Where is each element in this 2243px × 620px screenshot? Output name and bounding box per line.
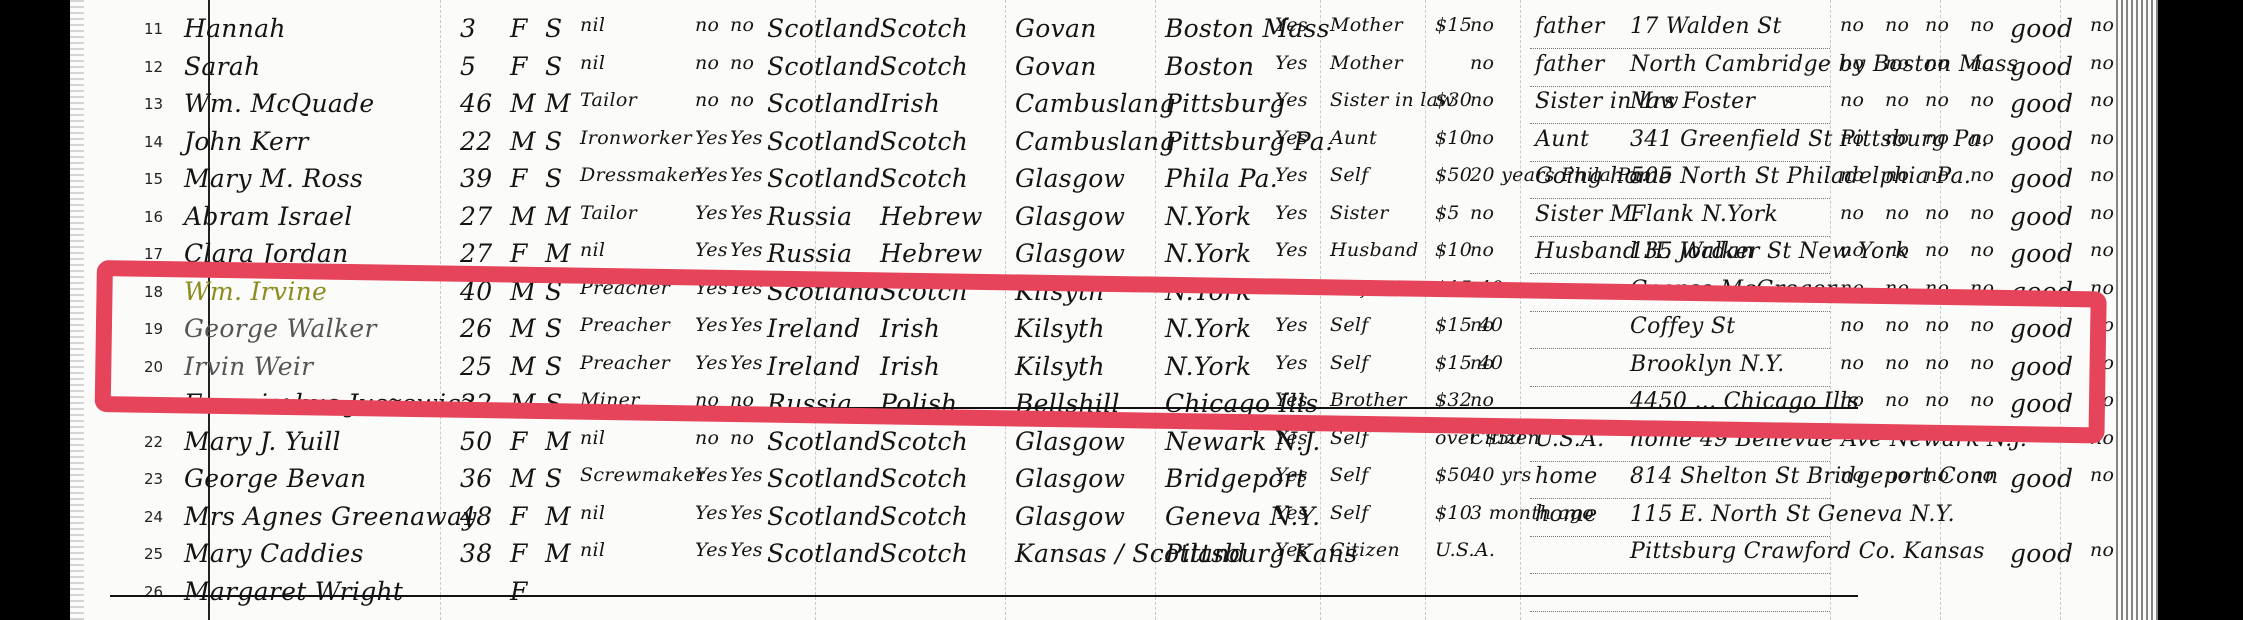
passenger-name: George Walker (184, 314, 377, 343)
line-number: 21 (144, 395, 163, 413)
destination: N.York (1165, 202, 1252, 231)
paid-by: Husband (1330, 239, 1419, 261)
last-residence: Kilsyth (1015, 277, 1105, 306)
race: Scotch (880, 464, 968, 493)
deported: no (1970, 352, 1994, 374)
last-residence: Glasgow (1015, 239, 1125, 268)
address: 4450 ... Chicago Ills (1630, 389, 1859, 414)
sex: M (510, 389, 536, 418)
line-number: 26 (144, 583, 163, 601)
age: 39 (460, 164, 492, 193)
paid-by: Self (1330, 464, 1369, 486)
can-write: Yes (730, 464, 763, 486)
race: Scotch (880, 127, 968, 156)
can-read: Yes (695, 202, 728, 224)
passenger-name: John Kerr (184, 127, 309, 156)
manifest-row: 15 Mary M. Ross 39 F S Dressmaker Yes Ye… (70, 160, 2158, 200)
age: 5 (460, 52, 476, 81)
relative: U.S.A. (1535, 427, 1604, 452)
can-write: Yes (730, 352, 763, 374)
race: Irish (880, 314, 940, 343)
sex: M (510, 127, 536, 156)
anarchist: no (1885, 89, 1909, 111)
anarchist: no (1885, 314, 1909, 336)
marital-status: M (545, 202, 571, 231)
ticket: Yes (1275, 164, 1308, 186)
occupation: nil (580, 539, 605, 561)
paid-by: Self (1330, 502, 1369, 524)
health: good (2010, 164, 2073, 193)
occupation: Dressmaker (580, 164, 699, 186)
ticket: Yes (1275, 239, 1308, 261)
in-us-before: no (1470, 89, 1494, 111)
occupation: nil (580, 52, 605, 74)
money: $10 (1435, 502, 1472, 524)
sex: F (510, 164, 528, 193)
passenger-name: Mrs Agnes Greenaway (184, 502, 477, 531)
passenger-name: Sarah (184, 52, 261, 81)
can-write: Yes (730, 164, 763, 186)
nationality: Scotland (767, 539, 881, 568)
deformed: no (2090, 464, 2114, 486)
line-number: 19 (144, 320, 163, 338)
manifest-row: 20 Irvin Weir 25 M S Preacher Yes Yes Ir… (70, 348, 2158, 388)
polygamist: no (1840, 239, 1864, 261)
line-number: 17 (144, 245, 163, 263)
contract-labor: no (1925, 464, 1949, 486)
occupation: Ironworker (580, 127, 692, 149)
manifest-row: 19 George Walker 26 M S Preacher Yes Yes… (70, 310, 2158, 350)
deformed: no (2090, 52, 2114, 74)
can-write: no (730, 89, 754, 111)
sex: F (510, 502, 528, 531)
destination: N.York (1165, 352, 1252, 381)
line-number: 25 (144, 545, 163, 563)
anarchist: no (1885, 352, 1909, 374)
age: 22 (460, 389, 492, 418)
contract-labor: no (1925, 14, 1949, 36)
health: good (2010, 389, 2073, 418)
manifest-page: 11 Hannah 3 F S nil no no Scotland Scotc… (70, 0, 2158, 620)
in-us-before: no (1470, 202, 1494, 224)
manifest-row: 25 Mary Caddies 38 F M nil Yes Yes Scotl… (70, 535, 2158, 575)
race: Hebrew (880, 239, 983, 268)
deported: no (1970, 464, 1994, 486)
paid-by: Aunt (1330, 127, 1377, 149)
health: good (2010, 14, 2073, 43)
last-residence: Kilsyth (1015, 352, 1105, 381)
last-residence: Kilsyth (1015, 314, 1105, 343)
marital-status: S (545, 164, 562, 193)
deported: no (1970, 127, 1994, 149)
race: Scotch (880, 427, 968, 456)
health: good (2010, 89, 2073, 118)
deformed: no (2090, 427, 2114, 449)
line-number: 16 (144, 208, 163, 226)
line-number: 15 (144, 170, 163, 188)
nationality: Scotland (767, 464, 881, 493)
manifest-row: 18 Wm. Irvine 40 M S Preacher Yes Yes Sc… (70, 273, 2158, 313)
occupation: nil (580, 502, 605, 524)
occupation: Tailor (580, 89, 637, 111)
race: Scotch (880, 277, 968, 306)
address: 17 Walden St (1630, 14, 1782, 39)
can-read: no (695, 14, 719, 36)
nationality: Scotland (767, 14, 881, 43)
destination: Pittsburg Kans (1165, 539, 1357, 568)
money: $10 (1435, 127, 1472, 149)
can-write: Yes (730, 202, 763, 224)
deported: no (1970, 14, 1994, 36)
polygamist: no (1840, 89, 1864, 111)
deformed: no (2090, 389, 2114, 411)
deported: no (1970, 202, 1994, 224)
marital-status: M (545, 502, 571, 531)
sex: F (510, 577, 528, 606)
sex: F (510, 52, 528, 81)
in-us-before: no (1470, 314, 1494, 336)
passenger-name: Irvin Weir (184, 352, 313, 381)
can-write: Yes (730, 539, 763, 561)
in-us-before: no (1470, 14, 1494, 36)
can-read: Yes (695, 277, 728, 299)
relative: home (1535, 464, 1598, 489)
sex: F (510, 239, 528, 268)
health: good (2010, 127, 2073, 156)
relative: father (1535, 52, 1605, 77)
address: Coffey St (1630, 314, 1735, 339)
manifest-row: 22 Mary J. Yuill 50 F M nil no no Scotla… (70, 423, 2158, 463)
deported: no (1970, 164, 1994, 186)
race: Polish (880, 389, 958, 418)
nationality: Scotland (767, 164, 881, 193)
polygamist: no (1840, 464, 1864, 486)
relative: father (1535, 14, 1605, 39)
contract-labor: no (1925, 352, 1949, 374)
line-number: 18 (144, 283, 163, 301)
money: U.S.A. (1435, 539, 1495, 561)
last-residence: Glasgow (1015, 427, 1125, 456)
age: 27 (460, 239, 492, 268)
occupation: nil (580, 14, 605, 36)
anarchist: no (1885, 277, 1909, 299)
manifest-row: 17 Clara Jordan 27 F M nil Yes Yes Russi… (70, 235, 2158, 275)
sex: M (510, 89, 536, 118)
last-residence: Glasgow (1015, 502, 1125, 531)
paid-by: Mother (1330, 52, 1403, 74)
last-residence: Glasgow (1015, 164, 1125, 193)
manifest-row: 12 Sarah 5 F S nil no no Scotland Scotch… (70, 48, 2158, 88)
contract-labor: no (1925, 389, 1949, 411)
health: good (2010, 277, 2073, 306)
polygamist: no (1840, 164, 1864, 186)
address: 115 E. North St Geneva N.Y. (1630, 502, 1955, 527)
can-read: Yes (695, 314, 728, 336)
ticket: Yes (1275, 202, 1308, 224)
destination: Pittsburg Pa. (1165, 127, 1333, 156)
sex: F (510, 14, 528, 43)
age: 38 (460, 539, 492, 568)
can-read: Yes (695, 464, 728, 486)
marital-status: S (545, 52, 562, 81)
marital-status: S (545, 127, 562, 156)
age: 50 (460, 427, 492, 456)
marital-status: S (545, 464, 562, 493)
deformed: no (2090, 352, 2114, 374)
deported: no (1970, 389, 1994, 411)
marital-status: S (545, 352, 562, 381)
destination: Boston (1165, 52, 1254, 81)
manifest-row: 26 Margaret Wright F (70, 573, 2158, 613)
race: Scotch (880, 52, 968, 81)
nationality: Scotland (767, 127, 881, 156)
deformed: no (2090, 202, 2114, 224)
contract-labor: no (1925, 127, 1949, 149)
passenger-name: Hannah (184, 14, 286, 43)
sex: M (510, 277, 536, 306)
age: 3 (460, 14, 476, 43)
age: 26 (460, 314, 492, 343)
ticket: Yes (1275, 89, 1308, 111)
paid-by: Self (1330, 427, 1369, 449)
strike-through-line (110, 407, 1858, 409)
marital-status: M (545, 239, 571, 268)
sex: M (510, 314, 536, 343)
address: Pittsburg Crawford Co. Kansas (1630, 539, 1985, 564)
health: good (2010, 202, 2073, 231)
contract-labor: no (1925, 277, 1949, 299)
nationality: Ireland (767, 314, 861, 343)
can-write: Yes (730, 127, 763, 149)
relative: Aunt (1535, 127, 1589, 152)
marital-status: S (545, 277, 562, 306)
manifest-row: 21 Franciszkus Juszewicz 22 M S Miner no… (70, 385, 2158, 425)
can-write: Yes (730, 239, 763, 261)
passenger-name: Margaret Wright (184, 577, 403, 606)
destination: N.York (1165, 277, 1252, 306)
health: good (2010, 52, 2073, 81)
can-read: Yes (695, 352, 728, 374)
destination: Pittsburg (1165, 89, 1286, 118)
in-us-before: no (1470, 352, 1494, 374)
paid-by: Mother (1330, 14, 1403, 36)
manifest-row: 23 George Bevan 36 M S Screwmaker Yes Ye… (70, 460, 2158, 500)
address: Brooklyn N.Y. (1630, 352, 1785, 377)
nationality: Scotland (767, 52, 881, 81)
contract-labor: no (1925, 52, 1949, 74)
occupation: Screwmaker (580, 464, 704, 486)
polygamist: no (1840, 127, 1864, 149)
can-write: Yes (730, 314, 763, 336)
address: George McGregor (1630, 277, 1837, 302)
occupation: Preacher (580, 352, 670, 374)
line-number: 12 (144, 58, 163, 76)
manifest-row: 16 Abram Israel 27 M M Tailor Yes Yes Ru… (70, 198, 2158, 238)
deformed: no (2090, 164, 2114, 186)
ticket: Yes (1275, 52, 1308, 74)
anarchist: no (1885, 389, 1909, 411)
sex: M (510, 202, 536, 231)
marital-status: M (545, 539, 571, 568)
health: good (2010, 539, 2073, 568)
health: good (2010, 352, 2073, 381)
marital-status: S (545, 389, 562, 418)
age: 36 (460, 464, 492, 493)
last-residence: Bellshill (1015, 389, 1120, 418)
can-read: no (695, 89, 719, 111)
polygamist: no (1840, 202, 1864, 224)
ticket: Yes (1275, 14, 1308, 36)
nationality: Scotland (767, 89, 881, 118)
in-us-before: no (1470, 239, 1494, 261)
address: Mrs Foster (1630, 89, 1755, 114)
ticket: Yes (1275, 352, 1308, 374)
age: 25 (460, 352, 492, 381)
paid-by: Self (1330, 164, 1369, 186)
in-us-before: no (1470, 52, 1494, 74)
marital-status: M (545, 427, 571, 456)
deported: no (1970, 89, 1994, 111)
deformed: no (2090, 239, 2114, 261)
paid-by: Sister (1330, 202, 1389, 224)
deported: no (1970, 277, 1994, 299)
ticket: Yes (1275, 502, 1308, 524)
marital-status: S (545, 14, 562, 43)
anarchist: no (1885, 14, 1909, 36)
nationality: Russia (767, 389, 852, 418)
can-read: Yes (695, 239, 728, 261)
destination: Phila Pa. (1165, 164, 1278, 193)
marital-status: S (545, 314, 562, 343)
age: 46 (460, 89, 492, 118)
can-write: no (730, 52, 754, 74)
can-write: no (730, 427, 754, 449)
last-residence: Glasgow (1015, 464, 1125, 493)
occupation: nil (580, 239, 605, 261)
can-write: Yes (730, 277, 763, 299)
health: good (2010, 464, 2073, 493)
money: $50 (1435, 164, 1472, 186)
last-residence: Cambuslang (1015, 89, 1176, 118)
address: Flank N.York (1630, 202, 1778, 227)
age: 22 (460, 127, 492, 156)
anarchist: no (1885, 239, 1909, 261)
nationality: Ireland (767, 352, 861, 381)
nationality: Russia (767, 239, 852, 268)
can-read: no (695, 52, 719, 74)
manifest-row: 11 Hannah 3 F S nil no no Scotland Scotc… (70, 10, 2158, 50)
passenger-name: Mary J. Yuill (184, 427, 341, 456)
anarchist: no (1885, 164, 1909, 186)
sex: M (510, 464, 536, 493)
health: good (2010, 314, 2073, 343)
race: Hebrew (880, 202, 983, 231)
money: $50 (1435, 464, 1472, 486)
last-residence: Cambuslang (1015, 127, 1176, 156)
can-read: Yes (695, 502, 728, 524)
occupation: Preacher (580, 314, 670, 336)
relative: Sister M. (1535, 202, 1640, 227)
destination: N.York (1165, 314, 1252, 343)
deported: no (1970, 314, 1994, 336)
paid-by: Self (1330, 314, 1369, 336)
in-us-before: 40 yrs (1470, 464, 1532, 486)
sex: M (510, 352, 536, 381)
manifest-row: 13 Wm. McQuade 46 M M Tailor no no Scotl… (70, 85, 2158, 125)
in-us-before: no (1470, 277, 1494, 299)
ticket: Yes (1275, 464, 1308, 486)
contract-labor: no (1925, 89, 1949, 111)
marital-status: M (545, 89, 571, 118)
polygamist: no (1840, 14, 1864, 36)
deformed: no (2090, 277, 2114, 299)
money: $10 (1435, 239, 1472, 261)
manifest-row: 14 John Kerr 22 M S Ironworker Yes Yes S… (70, 123, 2158, 163)
ticket: Yes (1275, 539, 1308, 561)
deformed: no (2090, 314, 2114, 336)
can-read: Yes (695, 127, 728, 149)
destination: N.York (1165, 239, 1252, 268)
race: Scotch (880, 14, 968, 43)
race: Scotch (880, 539, 968, 568)
can-read: Yes (695, 539, 728, 561)
passenger-name: Mary Caddies (184, 539, 364, 568)
address: North Cambridge by Boston Mass (1630, 52, 2018, 77)
can-write: Yes (730, 502, 763, 524)
race: Irish (880, 89, 940, 118)
occupation: Tailor (580, 202, 637, 224)
polygamist: no (1840, 352, 1864, 374)
anarchist: no (1885, 202, 1909, 224)
passenger-name: Mary M. Ross (184, 164, 363, 193)
age: 48 (460, 502, 492, 531)
ticket: Yes (1275, 277, 1308, 299)
anarchist: no (1885, 52, 1909, 74)
race: Irish (880, 352, 940, 381)
age: 27 (460, 202, 492, 231)
passenger-name: Franciszkus Juszewicz (184, 389, 474, 418)
polygamist: no (1840, 314, 1864, 336)
deported: no (1970, 52, 1994, 74)
sex: F (510, 539, 528, 568)
in-us-before: no (1470, 127, 1494, 149)
paid-by: Self (1330, 277, 1369, 299)
line-number: 14 (144, 133, 163, 151)
line-number: 24 (144, 508, 163, 526)
passenger-name: Clara Jordan (184, 239, 348, 268)
ticket: Yes (1275, 427, 1308, 449)
last-residence: Glasgow (1015, 202, 1125, 231)
passenger-name: Wm. McQuade (184, 89, 375, 118)
ticket: Yes (1275, 127, 1308, 149)
polygamist: no (1840, 52, 1864, 74)
line-number: 20 (144, 358, 163, 376)
last-residence: Govan (1015, 52, 1097, 81)
address: 135 Walker St New York (1630, 239, 1909, 264)
anarchist: no (1885, 464, 1909, 486)
passenger-name: George Bevan (184, 464, 366, 493)
line-number: 13 (144, 95, 163, 113)
passenger-name: Wm. Irvine (184, 277, 327, 306)
can-read: Yes (695, 164, 728, 186)
line-number: 22 (144, 433, 163, 451)
address: 505 North St Philadelphia Pa. (1630, 164, 1971, 189)
deformed: no (2090, 89, 2114, 111)
money: $30 (1435, 89, 1472, 111)
occupation: nil (580, 427, 605, 449)
address-rule (1530, 611, 1830, 612)
line-number: 11 (144, 20, 163, 38)
